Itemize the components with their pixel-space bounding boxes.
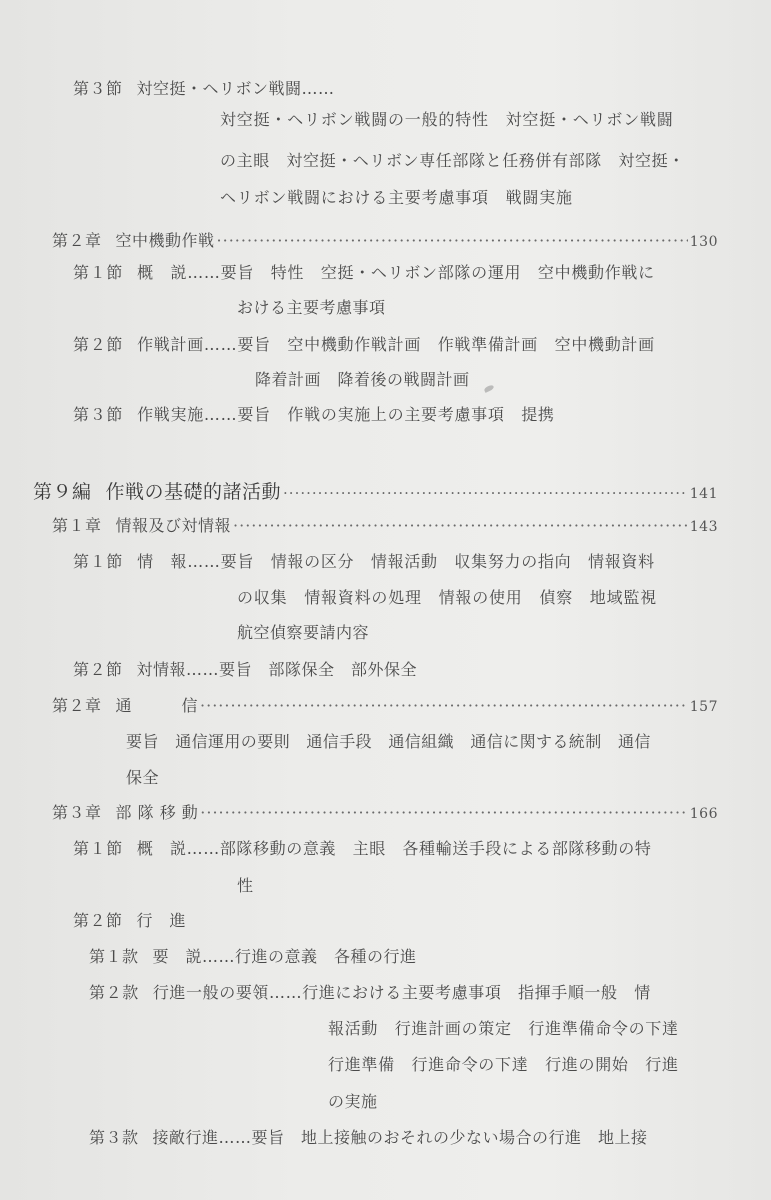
page-number: 130 [690,231,718,253]
entry-detail-line: の主眼 対空挺・ヘリボン専任部隊と任務併有部隊 対空挺・ [220,150,685,172]
entry-detail-line: 要旨 通信運用の要則 通信手段 通信組織 通信に関する統制 通信 [126,731,651,753]
toc-page: 第３節対空挺・ヘリボン戦闘…… 対空挺・ヘリボン戦闘の一般的特性 対空挺・ヘリボ… [0,0,771,1200]
toc-entry-chapter: 第２章空中機動作戦130 [52,230,718,253]
entry-detail-line: 航空偵察要請内容 [237,622,369,644]
entry-title: 接敵行進…… [153,1128,252,1147]
entry-label: 第３節 [73,79,123,98]
entry-detail-line: 要旨 部隊保全 部外保全 [219,660,417,679]
toc-entry-section: 第３節作戦実施……要旨 作戦の実施上の主要考慮事項 提携 [73,404,555,426]
page-number: 157 [690,696,718,718]
toc-entry-section: 第１節概 説……部隊移動の意義 主眼 各種輸送手段による部隊移動の特 [73,838,651,860]
entry-detail-line: 要旨 情報の区分 情報活動 収集努力の指向 情報資料 [221,552,655,571]
leader-dots [200,802,687,824]
toc-entry-section: 第２節作戦計画……要旨 空中機動作戦計画 作戦準備計画 空中機動計画 [73,334,655,356]
entry-label: 第１節 [73,552,123,571]
entry-detail-line: 要旨 作戦の実施上の主要考慮事項 提携 [237,405,554,424]
entry-detail-line: 部隊移動の意義 主眼 各種輸送手段による部隊移動の特 [220,839,652,858]
toc-entry-section: 第３節対空挺・ヘリボン戦闘…… [73,78,335,100]
entry-title: 空中機動作戦 [116,230,215,252]
entry-detail-line: 降着計画 降着後の戦闘計画 [255,369,470,391]
entry-title: 行進一般の要領…… [153,983,302,1002]
entry-label: 第１節 [73,263,123,282]
entry-detail-line: 要旨 特性 空挺・ヘリボン部隊の運用 空中機動作戦に [221,263,655,282]
page-number: 166 [690,803,718,825]
entry-label: 第３章 [52,802,102,824]
entry-label: 第９編 [33,478,92,506]
entry-title: 対情報…… [137,660,220,679]
toc-entry-chapter: 第１章情報及び対情報143 [52,515,718,538]
toc-entry-chapter: 第３章部 隊 移 動166 [52,802,718,825]
entry-detail-line: 保全 [126,767,159,789]
entry-title: 対空挺・ヘリボン戦闘…… [137,79,335,98]
toc-entry-section: 第１節情 報……要旨 情報の区分 情報活動 収集努力の指向 情報資料 [73,551,655,573]
toc-entry-section: 第１節概 説……要旨 特性 空挺・ヘリボン部隊の運用 空中機動作戦に [73,262,655,284]
entry-detail-line: 行進の意義 各種の行進 [235,947,417,966]
entry-detail-line: 行進における主要考慮事項 指揮手順一般 情 [302,983,651,1002]
entry-label: 第１款 [89,947,139,966]
toc-entry-article: 第３款接敵行進……要旨 地上接触のおそれの少ない場合の行進 地上接 [89,1127,648,1149]
entry-title: 通 信 [116,695,199,717]
entry-label: 第２節 [73,335,123,354]
entry-label: 第１節 [73,839,123,858]
entry-label: 第３節 [73,405,123,424]
toc-entry-chapter: 第２章通 信157 [52,695,718,718]
entry-label: 第３款 [89,1128,139,1147]
entry-detail-line: 報活動 行進計画の策定 行進準備命令の下達 [328,1018,679,1040]
page-number: 141 [690,480,718,508]
scan-smudge [483,384,494,393]
leader-dots [217,230,688,252]
entry-label: 第２款 [89,983,139,1002]
entry-title: 行 進 [137,911,187,930]
toc-entry-part: 第９編作戦の基礎的諸活動141 [33,478,718,508]
leader-dots [233,515,688,537]
entry-title: 部 隊 移 動 [116,802,199,824]
entry-detail-line: の収集 情報資料の処理 情報の使用 偵察 地域監視 [237,587,657,609]
entry-title: 情 報…… [137,552,221,571]
toc-entry-article: 第１款要 説……行進の意義 各種の行進 [89,946,417,968]
entry-label: 第２節 [73,660,123,679]
entry-detail-line: 対空挺・ヘリボン戦闘の一般的特性 対空挺・ヘリボン戦闘 [220,109,674,131]
entry-label: 第２章 [52,230,102,252]
entry-detail-line: ヘリボン戦闘における主要考慮事項 戦闘実施 [220,187,573,209]
entry-label: 第２節 [73,911,123,930]
leader-dots [283,479,688,507]
toc-entry-section: 第２節行 進 [73,910,186,932]
entry-detail-line: 要旨 地上接触のおそれの少ない場合の行進 地上接 [252,1128,648,1147]
entry-label: 第１章 [52,515,102,537]
entry-title: 作戦の基礎的諸活動 [106,478,282,506]
entry-title: 作戦計画…… [137,335,237,354]
entry-detail-line: おける主要考慮事項 [237,297,386,319]
entry-title: 情報及び対情報 [116,515,232,537]
leader-dots [200,695,688,717]
entry-title: 作戦実施…… [137,405,237,424]
entry-detail-line: 性 [237,875,254,897]
toc-entry-article: 第２款行進一般の要領……行進における主要考慮事項 指揮手順一般 情 [89,982,651,1004]
entry-detail-line: の実施 [328,1091,378,1113]
toc-entry-section: 第２節対情報……要旨 部隊保全 部外保全 [73,659,417,681]
entry-title: 要 説…… [153,947,236,966]
page-number: 143 [690,516,718,538]
entry-title: 概 説…… [137,839,220,858]
entry-title: 概 説…… [137,263,221,282]
entry-label: 第２章 [52,695,102,717]
entry-detail-line: 要旨 空中機動作戦計画 作戦準備計画 空中機動計画 [237,335,655,354]
entry-detail-line: 行進準備 行進命令の下達 行進の開始 行進 [328,1054,679,1076]
